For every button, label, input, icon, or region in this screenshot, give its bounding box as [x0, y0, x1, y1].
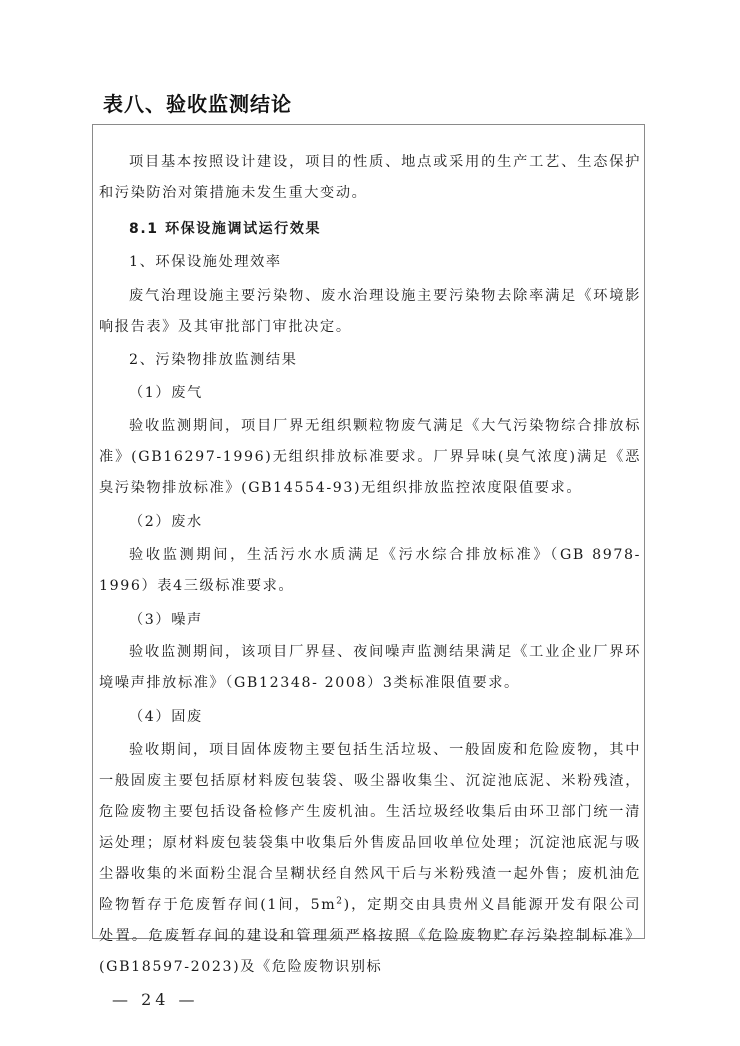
noise-text: 验收监测期间，该项目厂界昼、夜间噪声监测结果满足《工业企业厂界环境噪声排放标准》…	[99, 637, 641, 699]
waste-gas-title: （1）废气	[99, 378, 641, 409]
superscript: 2	[336, 896, 343, 906]
solid-waste-title: （4）固废	[99, 702, 641, 733]
subsection-2-title: 2、污染物排放监测结果	[99, 345, 641, 376]
intro-paragraph: 项目基本按照设计建设，项目的性质、地点或采用的生产工艺、生态保护和污染防治对策措…	[99, 147, 641, 209]
page-number: — 24 —	[112, 990, 199, 1009]
heading-8-1: 8.1 环保设施调试运行效果	[99, 214, 641, 245]
conclusion-table-cell: 项目基本按照设计建设，项目的性质、地点或采用的生产工艺、生态保护和污染防治对策措…	[92, 124, 645, 939]
waste-water-title: （2）废水	[99, 507, 641, 538]
subsection-1-text: 废气治理设施主要污染物、废水治理设施主要污染物去除率满足《环境影响报告表》及其审…	[99, 281, 641, 343]
subsection-1-title: 1、环保设施处理效率	[99, 247, 641, 278]
waste-water-text: 验收监测期间，生活污水水质满足《污水综合排放标准》（GB 8978-1996）表…	[99, 540, 641, 602]
section-title: 表八、验收监测结论	[103, 88, 292, 117]
solid-waste-text-part1: 验收期间，项目固体废物主要包括生活垃圾、一般固废和危险废物，其中一般固废主要包括…	[99, 742, 641, 913]
solid-waste-text: 验收期间，项目固体废物主要包括生活垃圾、一般固废和危险废物，其中一般固废主要包括…	[99, 735, 641, 983]
noise-title: （3）噪声	[99, 605, 641, 636]
waste-gas-text: 验收监测期间，项目厂界无组织颗粒物废气满足《大气污染物综合排放标准》(GB162…	[99, 411, 641, 504]
